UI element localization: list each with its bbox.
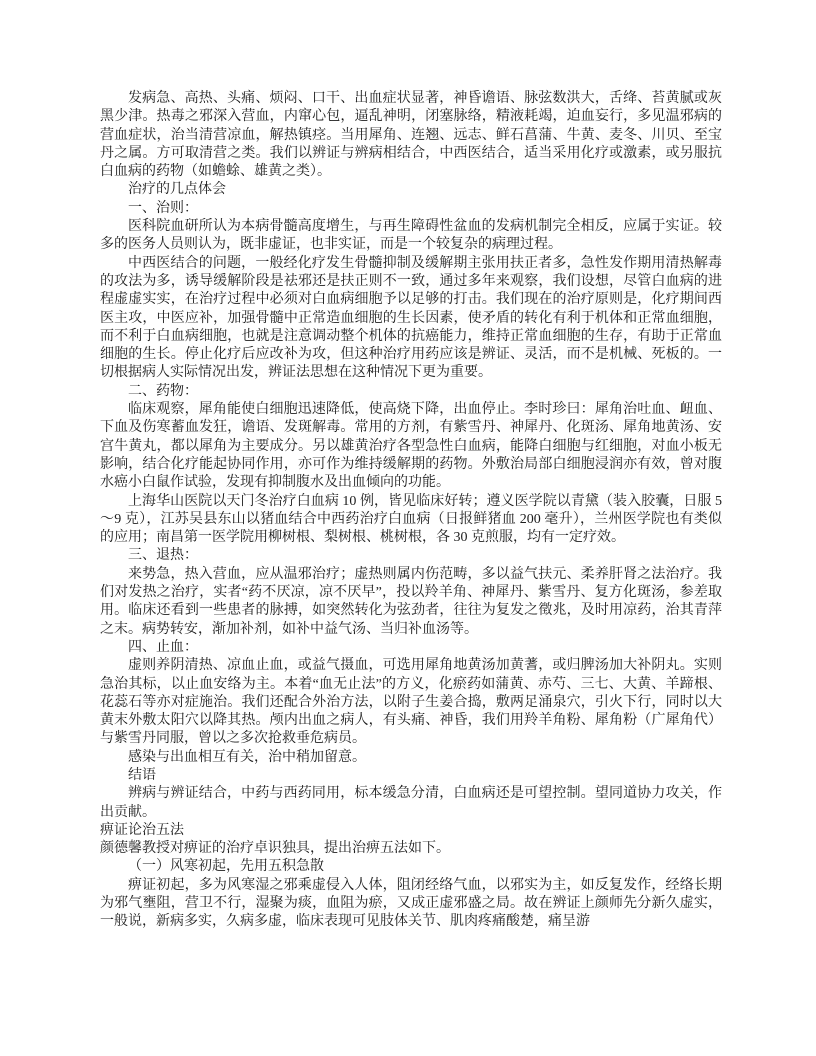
heading-section-3: 三、退热：: [100, 547, 722, 565]
paragraph-bi-syndrome-intro: 颜德馨教授对痹证的治疗卓识独具，提出治痹五法如下。: [100, 840, 722, 858]
heading-section-1: 一、治则：: [100, 200, 722, 218]
paragraph-section-1a: 医科院血研所认为本病骨髓高度增生，与再生障碍性盆血的发病机制完全相反，应属于实证…: [100, 218, 722, 255]
paragraph-section-2a: 临床观察，犀角能使白细胞迅速降低，使高烧下降，出血停止。李时珍曰：犀角治吐血、衄…: [100, 401, 722, 492]
document-page: 发病急、高热、头痛、烦闷、口干、出血症状显著，神昏谵语、脉弦数洪大，舌绛、苔黄腻…: [0, 0, 816, 1056]
paragraph-conclusion: 辨病与辨证结合，中药与西药同用，标本缓急分清，白血病还是可望控制。望同道协力攻关…: [100, 785, 722, 822]
paragraph-method-1: 痹证初起，多为风寒湿之邪乘虚侵入人体，阻闭经络气血，以邪实为主，如反复发作，经络…: [100, 877, 722, 932]
heading-conclusion: 结语: [100, 767, 722, 785]
paragraph-section-4a: 虚则养阴清热、凉血止血，或益气摄血，可选用犀角地黄汤加黄蓍，或归脾汤加大补阴丸。…: [100, 657, 722, 748]
heading-section-4: 四、止血：: [100, 639, 722, 657]
heading-bi-syndrome-five-methods: 痹证论治五法: [100, 822, 722, 840]
paragraph-section-4b: 感染与出血相互有关，治中稍加留意。: [100, 749, 722, 767]
paragraph-section-3a: 来势急，热入营血，应从温邪治疗；虚热则属内伤范畴，多以益气扶元、柔养肝肾之法治疗…: [100, 566, 722, 639]
document-body: 发病急、高热、头痛、烦闷、口干、出血症状显著，神昏谵语、脉弦数洪大，舌绛、苔黄腻…: [100, 90, 722, 932]
paragraph-section-1b: 中西医结合的问题，一般经化疗发生骨髓抑制及缓解期主张用扶正者多，急性发作期用清热…: [100, 255, 722, 383]
paragraph-symptoms-treatment: 发病急、高热、头痛、烦闷、口干、出血症状显著，神昏谵语、脉弦数洪大，舌绛、苔黄腻…: [100, 90, 722, 181]
heading-method-1: （一）风寒初起，先用五积急散: [100, 858, 722, 876]
heading-section-2: 二、药物：: [100, 383, 722, 401]
paragraph-section-2b: 上海华山医院以天门冬治疗白血病 10 例，皆见临床好转；遵义医学院以青黛（装入胶…: [100, 493, 722, 548]
heading-treatment-experience: 治疗的几点体会: [100, 181, 722, 199]
